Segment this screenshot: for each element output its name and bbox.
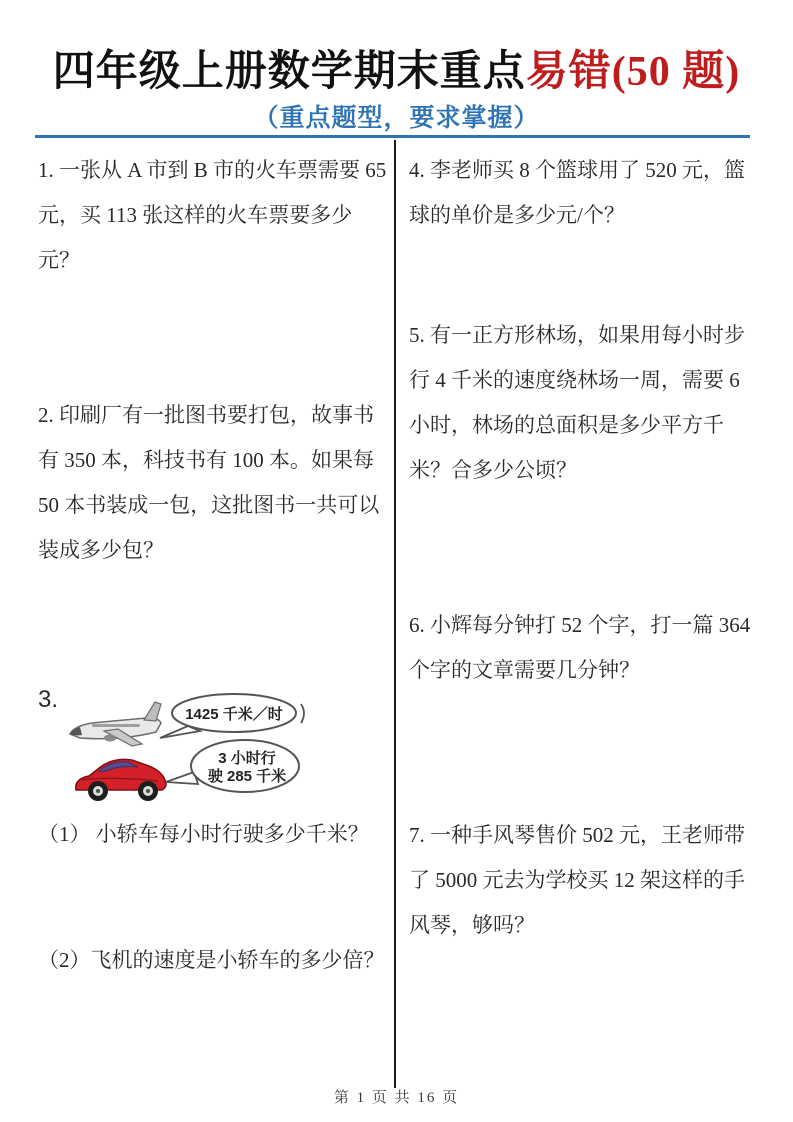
question-6: 6. 小辉每分钟打 52 个字，打一篇 364 个字的文章需要几分钟？	[409, 603, 750, 693]
question-line: 2. 印刷厂有一批图书要打包，故事书	[38, 393, 379, 438]
question-5: 5. 有一正方形林场，如果用每小时步 行 4 千米的速度绕林场一周，需要 6 小…	[409, 313, 745, 493]
car-speech-bubble: 3 小时行 驶 285 千米	[166, 740, 299, 792]
plane-car-figure: 1425 千米／时 3 小时行 驶 285 千米	[58, 692, 310, 810]
worksheet-page: 四年级上册数学期末重点易错(50 题) （重点题型，要求掌握） 1. 一张从 A…	[0, 0, 793, 1122]
question-line: 5. 有一正方形林场，如果用每小时步	[409, 313, 745, 358]
question-line: 个字的文章需要几分钟？	[409, 648, 750, 693]
page-title-red: 易错(50 题)	[526, 49, 740, 95]
question-line: 行 4 千米的速度绕林场一周，需要 6	[409, 358, 745, 403]
column-divider	[394, 140, 396, 1088]
question-1: 1. 一张从 A 市到 B 市的火车票需要 65 元，买 113 张这样的火车票…	[38, 148, 386, 283]
question-2: 2. 印刷厂有一批图书要打包，故事书 有 350 本，科技书有 100 本。如果…	[38, 393, 379, 573]
question-3-sub-2: （2）飞机的速度是小轿车的多少倍？	[38, 938, 385, 983]
question-line: 1. 一张从 A 市到 B 市的火车票需要 65	[38, 148, 386, 193]
car-speed-label-line1: 3 小时行	[218, 749, 276, 767]
question-line: 50 本书装成一包，这批图书一共可以	[38, 483, 379, 528]
question-line: 6. 小辉每分钟打 52 个字，打一篇 364	[409, 603, 750, 648]
question-line: 装成多少包？	[38, 528, 379, 573]
header-rule	[35, 135, 750, 138]
page-subtitle: （重点题型，要求掌握）	[0, 98, 793, 134]
question-line: 有 350 本，科技书有 100 本。如果每	[38, 438, 379, 483]
question-3-number: 3.	[38, 686, 58, 714]
question-line: 风琴，够吗？	[409, 903, 745, 948]
question-line: 小时，林场的总面积是多少平方千	[409, 403, 745, 448]
plane-speed-label: 1425 千米／时	[185, 705, 283, 723]
question-line: 球的单价是多少元/个？	[409, 193, 745, 238]
airplane-icon	[70, 702, 161, 746]
car-icon	[76, 759, 166, 801]
plane-speech-bubble: 1425 千米／时	[160, 694, 304, 738]
question-line: 4. 李老师买 8 个篮球用了 520 元，篮	[409, 148, 745, 193]
car-speed-label-line2: 驶 285 千米	[208, 767, 286, 785]
question-line: 了 5000 元去为学校买 12 架这样的手	[409, 858, 745, 903]
question-line: 元，买 113 张这样的火车票要多少	[38, 193, 386, 238]
page-title: 四年级上册数学期末重点易错(50 题)	[0, 38, 793, 98]
question-line: 元？	[38, 238, 386, 283]
page-title-black: 四年级上册数学期末重点	[53, 49, 526, 95]
question-4: 4. 李老师买 8 个篮球用了 520 元，篮 球的单价是多少元/个？	[409, 148, 745, 238]
question-line: 米？合多少公顷？	[409, 448, 745, 493]
question-3-sub-1: （1） 小轿车每小时行驶多少千米？	[38, 812, 369, 857]
page-number-footer: 第 1 页 共 16 页	[0, 1086, 793, 1107]
question-7: 7. 一种手风琴售价 502 元，王老师带 了 5000 元去为学校买 12 架…	[409, 813, 745, 948]
question-line: 7. 一种手风琴售价 502 元，王老师带	[409, 813, 745, 858]
